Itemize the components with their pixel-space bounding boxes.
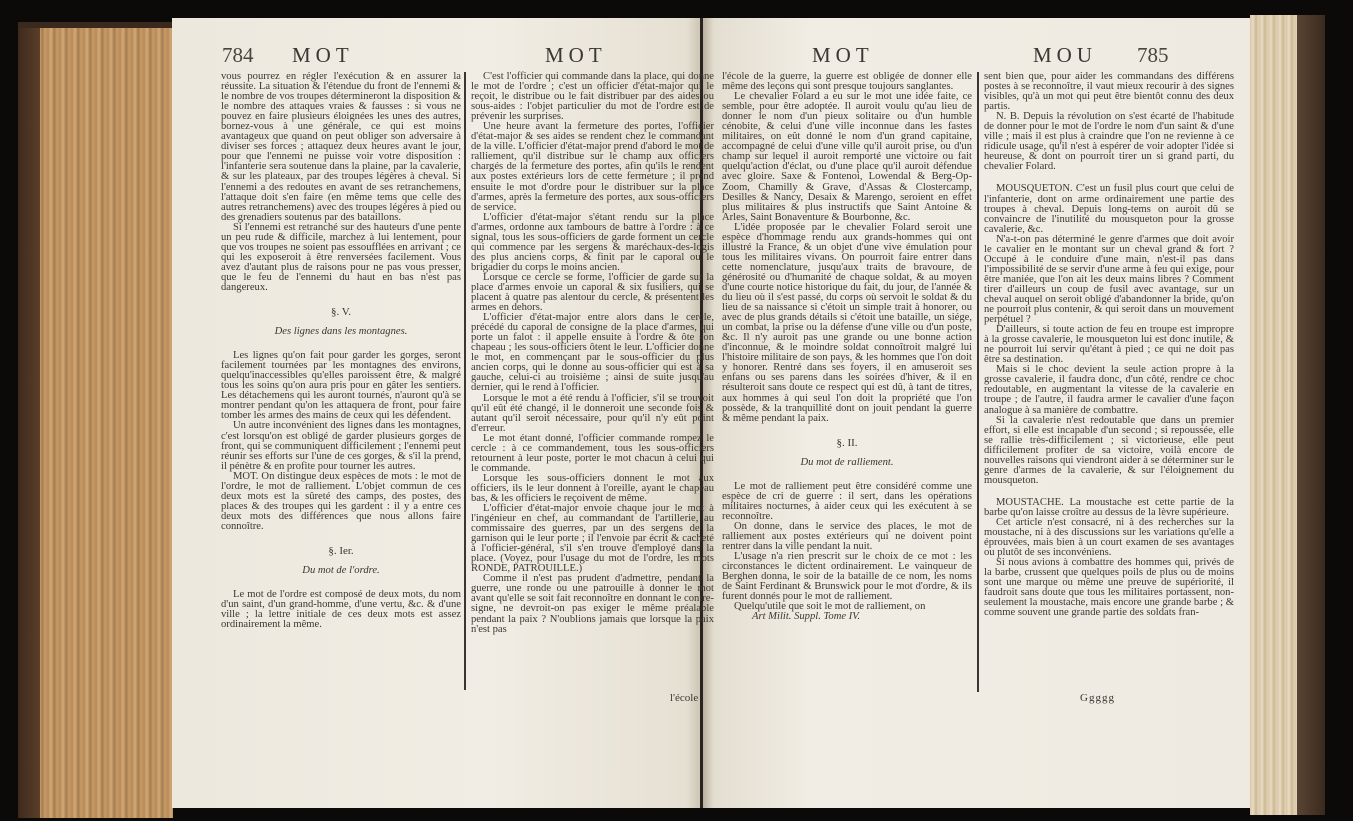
section-heading: §. II. [722,438,972,448]
running-head-right-1: MOT [812,43,874,68]
paragraph: Une heure avant la fermeture des portes,… [471,122,714,212]
column-1: vous pourrez en régler l'exécution & en … [221,72,461,630]
right-cover [1297,15,1325,815]
paragraph: Le mot étant donné, l'officier commande … [471,434,714,474]
paragraph: Lorsque ce cercle se forme, l'officier d… [471,273,714,313]
paragraph: Lorsque les sous-officiers donnent le mo… [471,474,714,504]
column-4: sent bien que, pour aider les commandans… [984,72,1234,618]
paragraph: Le mot de ralliement peut être considéré… [722,482,972,522]
column-rule [977,72,979,692]
paragraph: C'est l'officier qui commande dans la pl… [471,72,714,122]
paragraph: Le chevalier Folard a eu sur le mot une … [722,92,972,223]
paragraph: Les lignes qu'on fait pour garder les go… [221,351,461,421]
paragraph: On donne, dans le service des places, le… [722,522,972,552]
paragraph: N'a-t-on pas déterminé le genre d'armes … [984,235,1234,325]
paragraph: sent bien que, pour aider les commandans… [984,72,1234,112]
paragraph: Si nous avions à combattre des hommes qu… [984,558,1234,618]
paragraph: vous pourrez en régler l'exécution & en … [221,72,461,223]
paragraph: Le mot de l'ordre est composé de deux mo… [221,590,461,630]
running-head-right-2: MOU [1033,43,1097,68]
paragraph: L'officier d'état-major entre alors dans… [471,313,714,393]
paragraph: Si la cavalerie n'est redoutable que dan… [984,416,1234,486]
section-heading: §. Ier. [221,546,461,556]
paragraph: MOT. On distingue deux espèces de mots :… [221,472,461,532]
section-subheading: Du mot de l'ordre. [221,566,461,576]
paragraph: Lorsque le mot a été rendu à l'officier,… [471,394,714,434]
left-page-edges [18,22,173,818]
paragraph: L'idée proposée par le chevalier Folard … [722,223,972,424]
paragraph: L'usage n'a rien prescrit sur le choix d… [722,552,972,602]
section-heading: §. V. [221,307,461,317]
running-head-left-2: MOT [545,43,607,68]
section-subheading: Du mot de ralliement. [722,458,972,468]
paragraph: D'ailleurs, si toute action de feu en tr… [984,325,1234,365]
page-number-right: 785 [1137,43,1169,68]
paragraph: l'école de la guerre, la guerre est obli… [722,72,972,92]
left-cover [18,28,40,818]
paragraph: Si l'ennemi est retranché sur des hauteu… [221,223,461,293]
running-head-left-1: MOT [292,43,354,68]
paragraph: Mais si le choc devient la seule action … [984,365,1234,415]
footer-signature-line: Art Milit. Suppl. Tome IV. [722,612,972,622]
printer-signature: Ggggg [1080,692,1115,704]
paragraph: Un autre inconvénient des lignes dans le… [221,421,461,471]
paragraph: Comme il n'est pas prudent d'admettre, p… [471,574,714,634]
right-page-edges [1250,15,1325,815]
paragraph: MOUSQUETON. C'est un fusil plus court qu… [984,184,1234,234]
paragraph: L'officier d'état-major s'étant rendu su… [471,213,714,273]
paragraph: N. B. Depuis la révolution on s'est écar… [984,112,1234,172]
catchword: l'école [670,692,698,704]
column-2: C'est l'officier qui commande dans la pl… [471,72,714,635]
section-subheading: Des lignes dans les montagnes. [221,327,461,337]
column-3: l'école de la guerre, la guerre est obli… [722,72,972,622]
page-number-left: 784 [222,43,254,68]
paragraph: Cet article n'est consacré, ni à des rec… [984,518,1234,558]
column-rule [464,72,466,690]
paragraph: MOUSTACHE. La moustache est cette partie… [984,498,1234,518]
paragraph: L'officier d'état-major envoie chaque jo… [471,504,714,574]
